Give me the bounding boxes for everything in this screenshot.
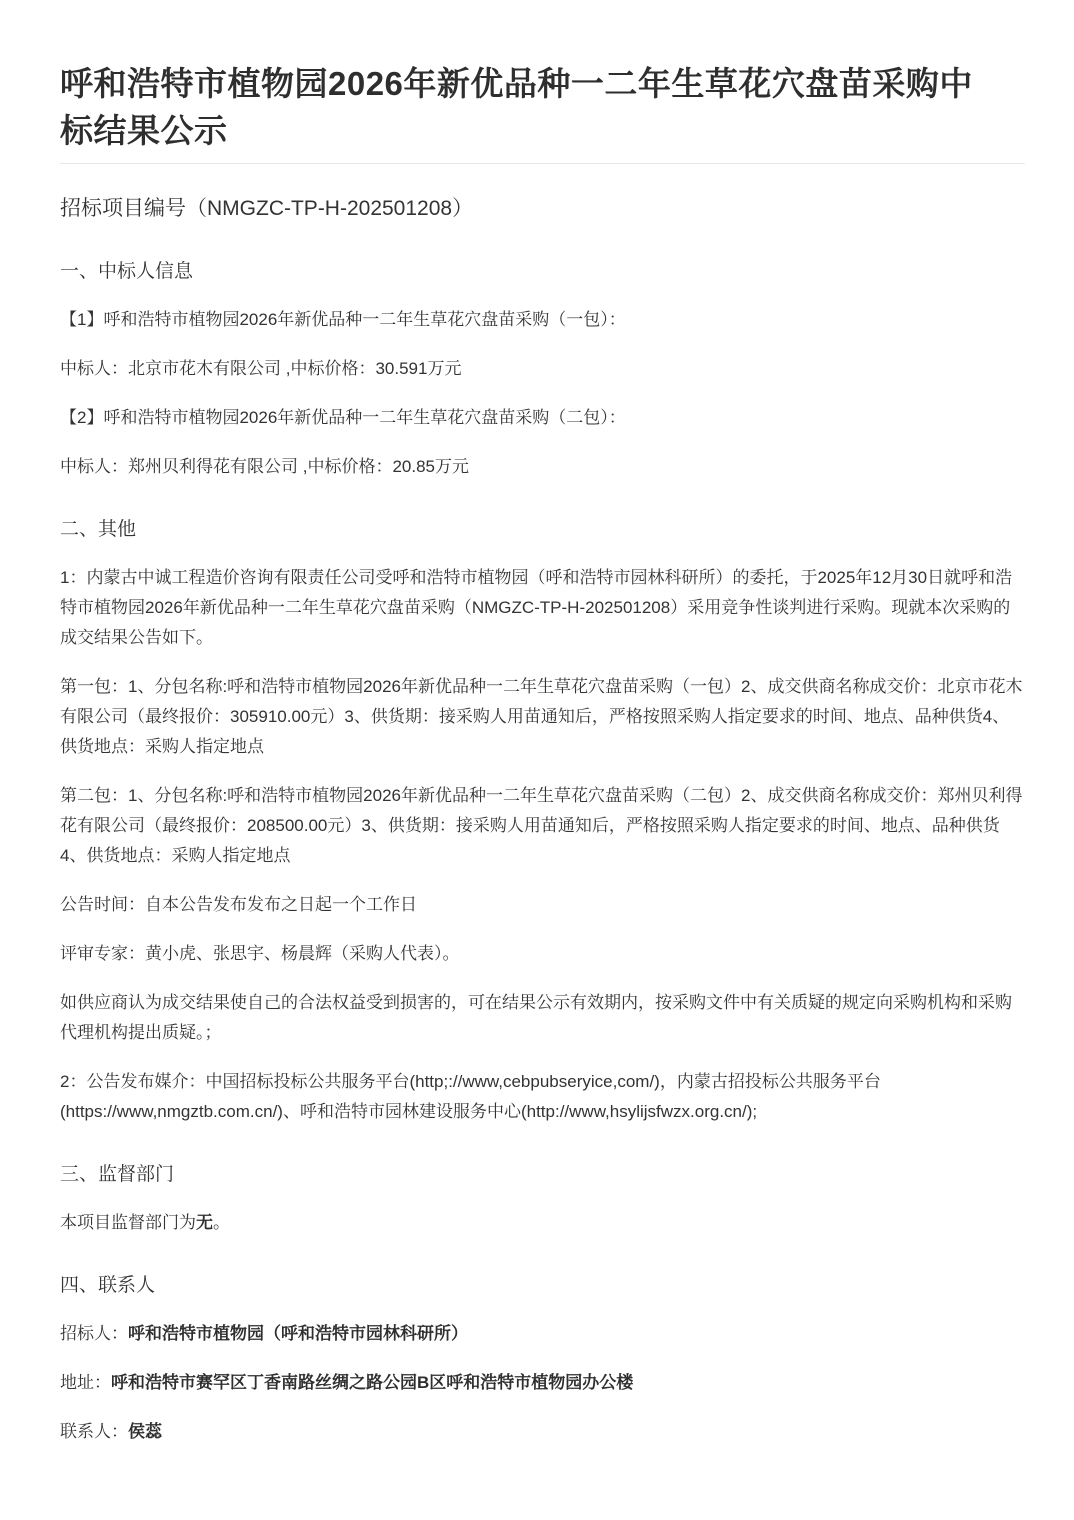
contact-label-person: 联系人： [60, 1422, 128, 1441]
section-heading-supervision: 三、监督部门 [60, 1161, 1025, 1189]
section-heading-contact: 四、联系人 [60, 1272, 1025, 1300]
other-paragraph-package-1-result: 第一包：1、分包名称:呼和浩特市植物园2026年新优品种一二年生草花穴盘苗采购（… [60, 672, 1025, 762]
package-2-winner-line: 中标人：郑州贝利得花有限公司 ,中标价格：20.85万元 [60, 452, 1025, 482]
package-1-title: 【1】呼和浩特市植物园2026年新优品种一二年生草花穴盘苗采购（一包）： [60, 305, 1025, 335]
supervision-text-prefix: 本项目监督部门为 [60, 1213, 196, 1232]
contact-value-address: 呼和浩特市赛罕区丁香南路丝绸之路公园B区呼和浩特市植物园办公楼 [111, 1373, 633, 1392]
supervision-text-suffix: 。 [213, 1213, 230, 1232]
contact-label-address: 地址： [60, 1373, 111, 1392]
contact-value-person: 侯蕊 [128, 1422, 162, 1441]
other-paragraph-commission: 1：内蒙古中诚工程造价咨询有限责任公司受呼和浩特市植物园（呼和浩特市园林科研所）… [60, 563, 1025, 653]
page-title: 呼和浩特市植物园2026年新优品种一二年生草花穴盘苗采购中标结果公示 [60, 60, 990, 154]
supervision-text-value: 无 [196, 1213, 213, 1232]
contact-value-bidder: 呼和浩特市植物园（呼和浩特市园林科研所） [128, 1324, 468, 1343]
supervision-text: 本项目监督部门为无。 [60, 1208, 1025, 1238]
package-2-title: 【2】呼和浩特市植物园2026年新优品种一二年生草花穴盘苗采购（二包）： [60, 403, 1025, 433]
section-heading-winner-info: 一、中标人信息 [60, 258, 1025, 286]
title-divider [60, 163, 1025, 164]
contact-row-address: 地址：呼和浩特市赛罕区丁香南路丝绸之路公园B区呼和浩特市植物园办公楼 [60, 1368, 1025, 1398]
project-number-line: 招标项目编号（NMGZC-TP-H-202501208） [60, 194, 1025, 224]
contact-row-person: 联系人：侯蕊 [60, 1417, 1025, 1447]
package-1-winner-line: 中标人：北京市花木有限公司 ,中标价格：30.591万元 [60, 354, 1025, 384]
other-paragraph-package-2-result: 第二包：1、分包名称:呼和浩特市植物园2026年新优品种一二年生草花穴盘苗采购（… [60, 781, 1025, 871]
other-paragraph-announcement-period: 公告时间：自本公告发布发布之日起一个工作日 [60, 890, 1025, 920]
section-heading-other: 二、其他 [60, 516, 1025, 544]
contact-label-bidder: 招标人： [60, 1324, 128, 1343]
other-paragraph-review-experts: 评审专家：黄小虎、张思宇、杨晨辉（采购人代表）。 [60, 939, 1025, 969]
announcement-document: 呼和浩特市植物园2026年新优品种一二年生草花穴盘苗采购中标结果公示 招标项目编… [0, 0, 1074, 1520]
other-paragraph-objection-notice: 如供应商认为成交结果使自己的合法权益受到损害的，可在结果公示有效期内，按采购文件… [60, 988, 1025, 1048]
other-paragraph-publish-media: 2：公告发布媒介：中国招标投标公共服务平台(http;://www,cebpub… [60, 1067, 1025, 1127]
contact-row-bidder: 招标人：呼和浩特市植物园（呼和浩特市园林科研所） [60, 1319, 1025, 1349]
